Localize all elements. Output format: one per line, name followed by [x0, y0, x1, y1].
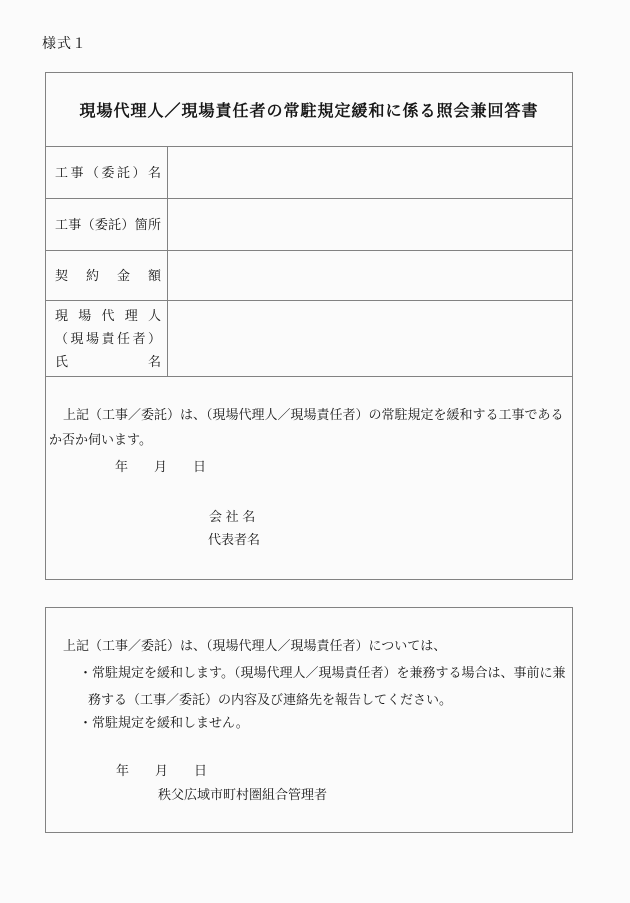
response-intro-line: 上記（工事／委託）は、（現場代理人／現場責任者）については、 — [63, 638, 446, 654]
document-title: 現場代理人／現場責任者の常駐規定緩和に係る照会兼回答書 — [79, 98, 538, 121]
table-row-agent-name: 現場代理人 （現場責任者） 氏 名 — [46, 301, 572, 377]
field-label-line3: 氏 名 — [55, 350, 161, 373]
field-label-line3-left: 氏 — [55, 350, 68, 373]
field-value-contract-amount — [168, 251, 572, 300]
inquiry-date-line: 年 月 日 — [115, 459, 206, 475]
relax-option-line-2: 務する（工事／委託）の内容及び連絡先を報告してください。 — [88, 692, 452, 708]
inquiry-box: 現場代理人／現場責任者の常駐規定緩和に係る照会兼回答書 工事（委託）名 工事（委… — [45, 72, 573, 580]
field-label-text: 契約金額 — [55, 264, 161, 287]
field-label-construction-location: 工事（委託）箇所 — [46, 199, 168, 250]
field-label-construction-name: 工事（委託）名 — [46, 147, 168, 198]
response-date-line: 年 月 日 — [116, 763, 207, 779]
title-row: 現場代理人／現場責任者の常駐規定緩和に係る照会兼回答書 — [46, 73, 572, 147]
response-box: 上記（工事／委託）は、（現場代理人／現場責任者）については、 ・常駐規定を緩和し… — [45, 607, 573, 833]
representative-name-label: 代表者名 — [208, 532, 260, 548]
field-label-text: 工事（委託）箇所 — [55, 213, 161, 236]
table-row-construction-name: 工事（委託）名 — [46, 147, 572, 199]
inquiry-body-line-2: か否か伺います。 — [49, 432, 152, 448]
company-name-label: 会 社 名 — [209, 509, 255, 525]
inquiry-body-area: 上記（工事／委託）は、（現場代理人／現場責任者）の常駐規定を緩和する工事である … — [46, 378, 572, 579]
field-value-agent-name — [168, 301, 572, 376]
field-label-line2: （現場責任者） — [55, 327, 161, 350]
field-label-agent-name: 現場代理人 （現場責任者） 氏 名 — [46, 301, 168, 376]
inquiry-body-line-1: 上記（工事／委託）は、（現場代理人／現場責任者）の常駐規定を緩和する工事である — [63, 407, 564, 423]
field-label-contract-amount: 契約金額 — [46, 251, 168, 300]
form-number-label: 様式１ — [42, 33, 87, 53]
no-relax-option-line: ・常駐規定を緩和しません。 — [79, 715, 249, 731]
response-body-area: 上記（工事／委託）は、（現場代理人／現場責任者）については、 ・常駐規定を緩和し… — [46, 608, 572, 832]
relax-option-line-1: ・常駐規定を緩和します。（現場代理人／現場責任者）を兼務する場合は、事前に兼 — [79, 665, 565, 681]
field-value-construction-location — [168, 199, 572, 250]
field-label-line3-right: 名 — [148, 350, 161, 373]
field-label-text: 工事（委託）名 — [55, 161, 161, 184]
table-row-contract-amount: 契約金額 — [46, 251, 572, 301]
administrator-signature: 秩父広域市町村圏組合管理者 — [158, 787, 327, 803]
document-page: 様式１ 現場代理人／現場責任者の常駐規定緩和に係る照会兼回答書 工事（委託）名 … — [0, 0, 630, 903]
field-value-construction-name — [168, 147, 572, 198]
table-row-construction-location: 工事（委託）箇所 — [46, 199, 572, 251]
field-label-line1: 現場代理人 — [55, 304, 161, 327]
